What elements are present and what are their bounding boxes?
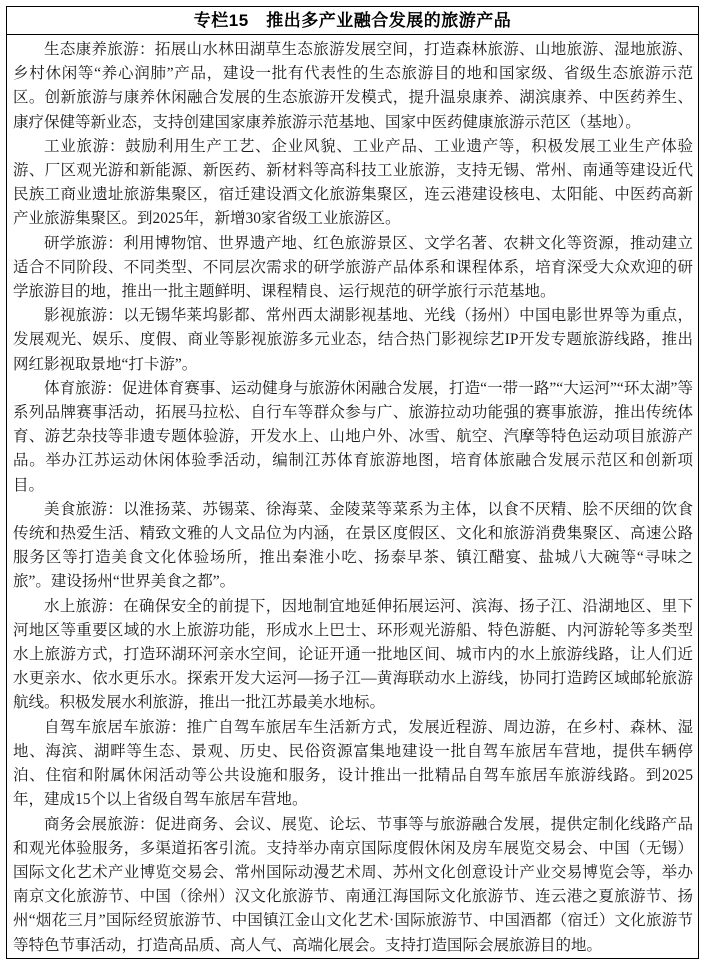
paragraph-water-tourism: 水上旅游：在确保安全的前提下，因地制宜地延伸拓展运河、滨海、扬子江、沿湖地区、里… (13, 595, 693, 716)
paragraph-study-tourism: 研学旅游：利用博物馆、世界遗产地、红色旅游景区、文学名著、农耕文化等资源，推动建… (13, 232, 693, 305)
paragraph-sports-tourism: 体育旅游：促进体育赛事、运动健身与旅游休闲融合发展，打造“一带一路”“大运河”“… (13, 377, 693, 498)
paragraph-food-tourism: 美食旅游：以淮扬菜、苏锡菜、徐海菜、金陵菜等菜系为主体，以食不厌精、脍不厌细的饮… (13, 498, 693, 595)
paragraph-rv-self-drive-tourism: 自驾车旅居车旅游：推广自驾车旅居车生活新方式，发展近程游、周边游，在乡村、森林、… (13, 716, 693, 813)
panel-body: 生态康养旅游：拓展山水林田湖草生态旅游发展空间，打造森林旅游、山地旅游、湿地旅游… (7, 35, 698, 958)
panel-title: 专栏15 推出多产业融合发展的旅游产品 (7, 7, 698, 35)
paragraph-industrial-tourism: 工业旅游：鼓励利用生产工艺、企业风貌、工业产品、工业遗产等，积极发展工业生产体验… (13, 135, 693, 232)
paragraph-business-mice-tourism: 商务会展旅游：促进商务、会议、展览、论坛、节事等与旅游融合发展，提供定制化线路产… (13, 813, 693, 958)
column-15-panel: 专栏15 推出多产业融合发展的旅游产品 生态康养旅游：拓展山水林田湖草生态旅游发… (6, 6, 699, 959)
paragraph-eco-health-tourism: 生态康养旅游：拓展山水林田湖草生态旅游发展空间，打造森林旅游、山地旅游、湿地旅游… (13, 38, 693, 135)
document-page: 专栏15 推出多产业融合发展的旅游产品 生态康养旅游：拓展山水林田湖草生态旅游发… (0, 0, 705, 967)
paragraph-film-tv-tourism: 影视旅游：以无锡华莱坞影都、常州西太湖影视基地、光线（扬州）中国电影世界等为重点… (13, 304, 693, 377)
